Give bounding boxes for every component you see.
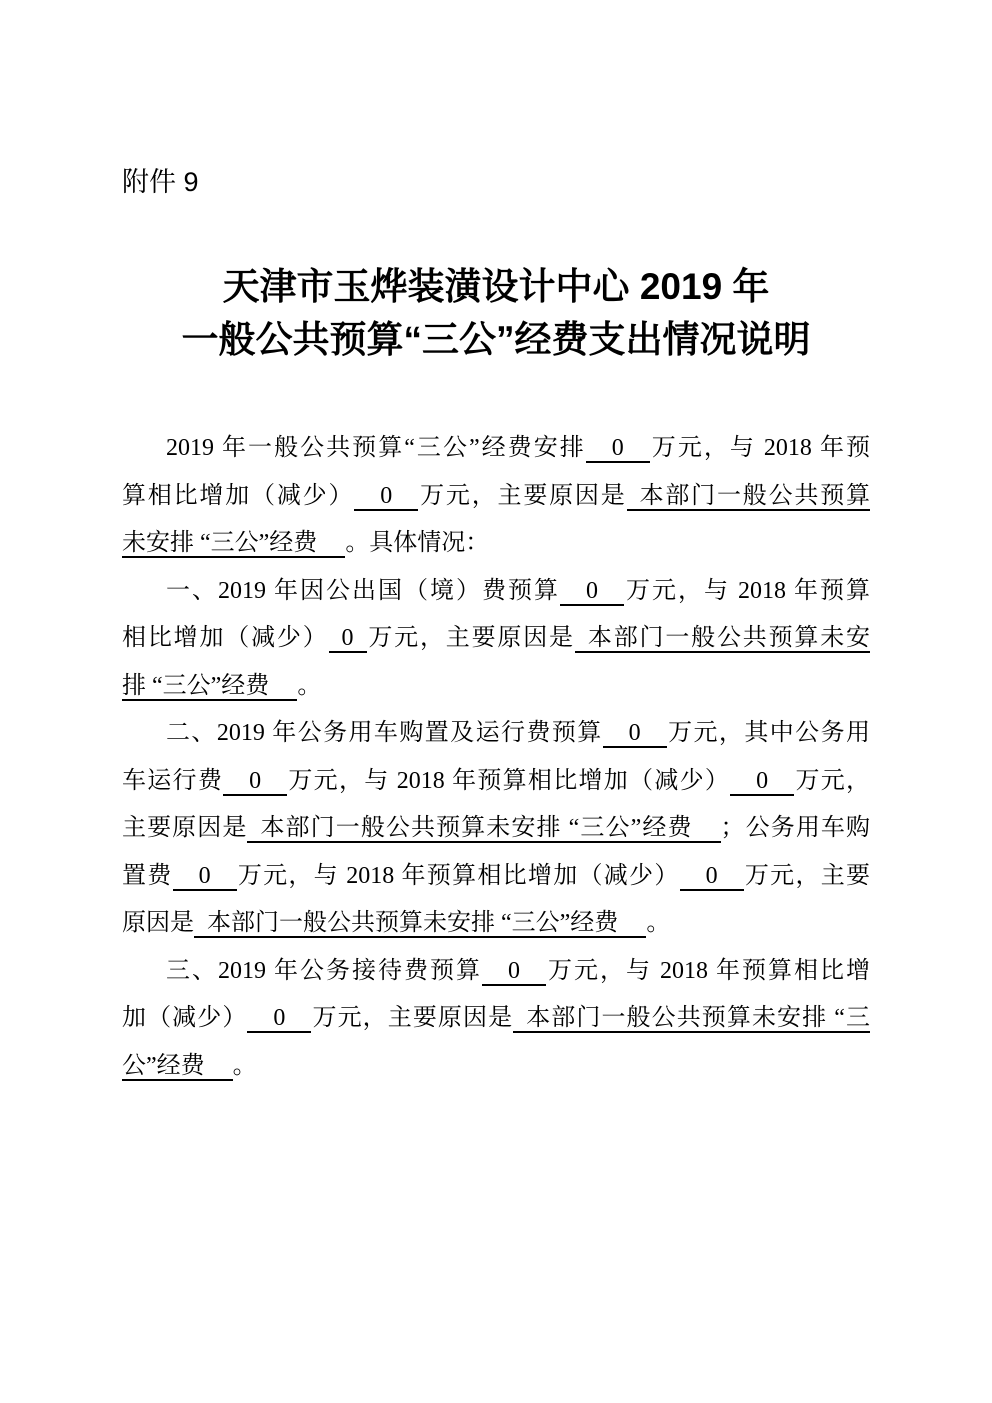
- text-segment: 万元，主要: [744, 863, 870, 889]
- blank-value-field: 0: [354, 483, 418, 511]
- attachment-label: 附件 9: [122, 166, 199, 198]
- text-segment: 相比增加（减少）: [122, 625, 329, 651]
- text-segment: 。: [297, 673, 321, 699]
- text-line: 公”经费。: [122, 1043, 870, 1091]
- text-segment: 万元，与 2018 年预: [650, 435, 870, 461]
- text-line: 未安排 “三公”经费。具体情况：: [122, 520, 870, 568]
- text-segment: 主要原因是: [122, 815, 247, 841]
- text-line: 主要原因是本部门一般公共预算未安排 “三公”经费；公务用车购: [122, 805, 870, 853]
- underlined-reason-text: 本部门一般公共预算未安排 “三公”经费: [247, 815, 720, 843]
- title-line-1: 天津市玉烨装潢设计中心 2019 年: [0, 260, 992, 313]
- underlined-reason-text: 本部门一般公共预算: [627, 483, 870, 511]
- text-segment: 算相比增加（减少）: [122, 483, 354, 509]
- text-segment: 一、2019 年因公出国（境）费预算: [166, 578, 560, 604]
- document-page: 附件 9 天津市玉烨装潢设计中心 2019 年 一般公共预算“三公”经费支出情况…: [0, 0, 992, 1403]
- underlined-reason-text: 本部门一般公共预算未安排 “三公”经费: [194, 910, 646, 938]
- text-segment: 万元，与 2018 年预算相比增: [546, 958, 870, 984]
- text-segment: 万元，其中公务用: [667, 720, 870, 746]
- blank-value-field: 0: [223, 768, 287, 796]
- title-line-2: 一般公共预算“三公”经费支出情况说明: [0, 313, 992, 366]
- text-segment: 。具体情况：: [345, 530, 489, 556]
- blank-value-field: 0: [730, 768, 794, 796]
- text-line: 算相比增加（减少）0万元，主要原因是本部门一般公共预算: [122, 473, 870, 521]
- text-line: 置费0万元，与 2018 年预算相比增加（减少）0万元，主要: [122, 853, 870, 901]
- blank-value-field: 0: [560, 578, 624, 606]
- text-line: 三、2019 年公务接待费预算0万元，与 2018 年预算相比增: [122, 948, 870, 996]
- blank-value-field: 0: [173, 863, 237, 891]
- underlined-reason-text: 排 “三公”经费: [122, 673, 297, 701]
- text-segment: 原因是: [122, 910, 194, 936]
- blank-value-field: 0: [482, 958, 546, 986]
- text-line: 原因是本部门一般公共预算未安排 “三公”经费。: [122, 900, 870, 948]
- text-line: 排 “三公”经费。: [122, 663, 870, 711]
- text-segment: 万元，主要原因是: [311, 1005, 513, 1031]
- text-line: 相比增加（减少）0万元，主要原因是本部门一般公共预算未安: [122, 615, 870, 663]
- text-line: 一、2019 年因公出国（境）费预算0万元，与 2018 年预算: [122, 568, 870, 616]
- text-segment: 万元，与 2018 年预算: [624, 578, 870, 604]
- document-body: 2019 年一般公共预算“三公”经费安排0万元，与 2018 年预算相比增加（减…: [122, 425, 870, 1090]
- text-segment: 万元，: [794, 768, 870, 794]
- document-title: 天津市玉烨装潢设计中心 2019 年 一般公共预算“三公”经费支出情况说明: [0, 260, 992, 366]
- text-line: 加（减少）0万元，主要原因是本部门一般公共预算未安排 “三: [122, 995, 870, 1043]
- blank-value-field: 0: [247, 1005, 311, 1033]
- underlined-reason-text: 未安排 “三公”经费: [122, 530, 345, 558]
- text-segment: 车运行费: [122, 768, 223, 794]
- text-segment: 万元，主要原因是: [418, 483, 626, 509]
- text-line: 车运行费0万元，与 2018 年预算相比增加（减少）0万元，: [122, 758, 870, 806]
- text-segment: 万元，与 2018 年预算相比增加（减少）: [287, 768, 730, 794]
- blank-value-field: 0: [586, 435, 650, 463]
- text-segment: 三、2019 年公务接待费预算: [166, 958, 482, 984]
- text-segment: ；公务用车购: [721, 815, 870, 841]
- text-segment: 万元，与 2018 年预算相比增加（减少）: [237, 863, 680, 889]
- text-line: 2019 年一般公共预算“三公”经费安排0万元，与 2018 年预: [122, 425, 870, 473]
- blank-value-field: 0: [603, 720, 667, 748]
- text-segment: 加（减少）: [122, 1005, 247, 1031]
- text-segment: 万元，主要原因是: [367, 625, 575, 651]
- underlined-reason-text: 本部门一般公共预算未安: [575, 625, 870, 653]
- text-line: 二、2019 年公务用车购置及运行费预算0万元，其中公务用: [122, 710, 870, 758]
- text-segment: 置费: [122, 863, 173, 889]
- text-segment: 二、2019 年公务用车购置及运行费预算: [166, 720, 603, 746]
- blank-value-field: 0: [329, 625, 367, 653]
- text-segment: 2019 年一般公共预算“三公”经费安排: [166, 435, 586, 461]
- text-segment: 。: [233, 1053, 257, 1079]
- text-segment: 。: [646, 910, 670, 936]
- underlined-reason-text: 本部门一般公共预算未安排 “三: [513, 1005, 870, 1033]
- blank-value-field: 0: [680, 863, 744, 891]
- underlined-reason-text: 公”经费: [122, 1053, 233, 1081]
